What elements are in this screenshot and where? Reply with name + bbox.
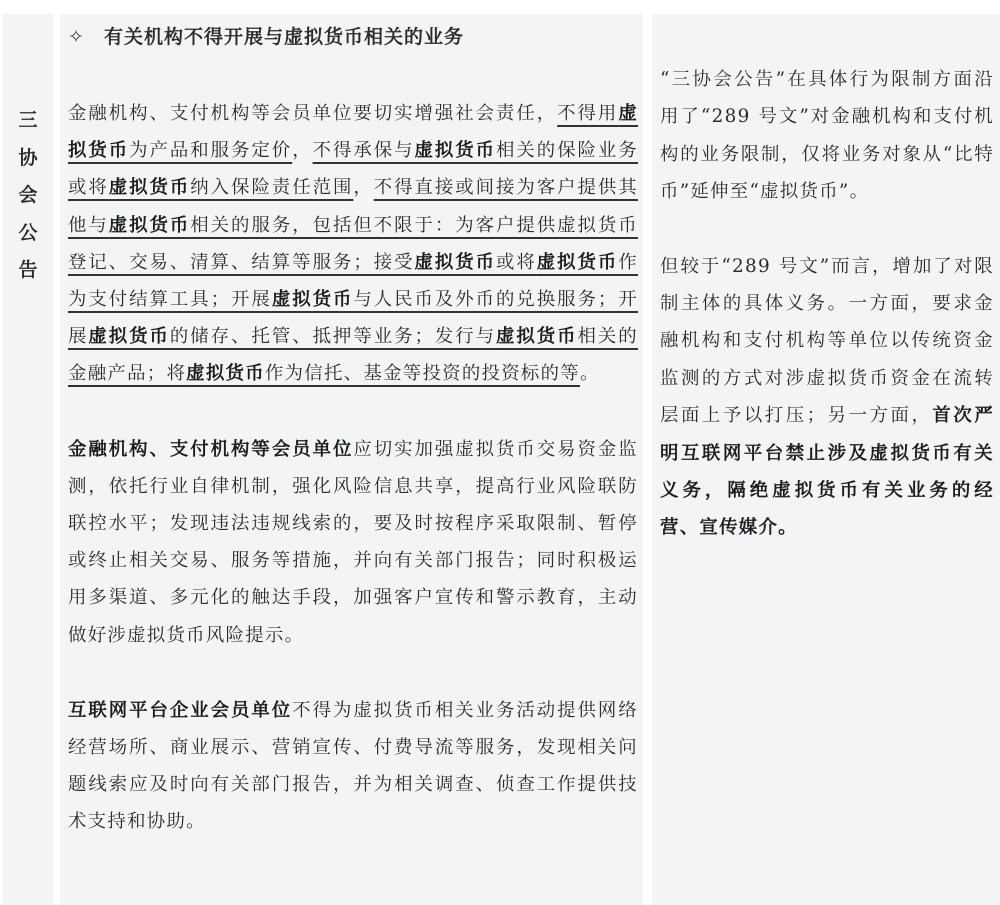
paragraph-body: 应切实加强虚拟货币交易资金监测，依托行业自律机制，强化风险信息共享，提高行业风险… (68, 439, 638, 646)
underlined-segment: 的储存、托管、抵押等业务；发行与 (170, 326, 496, 347)
row-label-char: 协 (3, 140, 53, 178)
row-label-char: 会 (3, 177, 53, 215)
commentary-paragraph-1: “三协会公告”在具体行为限制方面沿用了“289 号文”对金融机构和支付机构的业务… (660, 61, 994, 211)
underlined-segment: 作为信托、基金等投资的投资标的等 (265, 363, 580, 384)
row-label-cell: 三 协 会 公 告 (3, 14, 53, 905)
text-segment: 金融机构、支付机构等会员单位要切实增强社会责任， (68, 103, 557, 124)
underlined-segment: 纳入保险责任范围 (190, 177, 353, 198)
section-heading: ✧有关机构不得开展与虚拟货币相关的业务 (68, 22, 638, 52)
bold-underlined-segment: 虚拟货币 (414, 140, 496, 161)
section-heading-text: 有关机构不得开展与虚拟货币相关的业务 (104, 26, 464, 48)
paragraph-financial-restrictions: 金融机构、支付机构等会员单位要切实增强社会责任，不得用虚拟货币为产品和服务定价，… (68, 95, 638, 393)
row-label-vertical: 三 协 会 公 告 (3, 102, 53, 290)
bold-lead: 互联网平台企业会员单位 (68, 700, 292, 721)
underlined-segment: 不得承保与 (313, 140, 415, 161)
underlined-segment: 为产品和服务定价 (129, 140, 292, 161)
row-label-char: 三 (3, 102, 53, 140)
bold-underlined-segment: 虚拟货币 (414, 252, 496, 273)
commentary-paragraph-2: 但较于“289 号文”而言，增加了对限制主体的具体义务。一方面，要求金融机构和支… (660, 248, 994, 547)
bold-lead: 金融机构、支付机构等会员单位 (68, 439, 353, 460)
bold-underlined-segment: 虚拟货币 (272, 289, 354, 310)
text-segment: ， (292, 140, 312, 161)
underlined-segment: 或将 (496, 252, 537, 273)
commentary-cell: “三协会公告”在具体行为限制方面沿用了“289 号文”对金融机构和支付机构的业务… (652, 14, 1000, 905)
paragraph-fund-monitoring: 金融机构、支付机构等会员单位应切实加强虚拟货币交易资金监测，依托行业自律机制，强… (68, 431, 638, 654)
bold-underlined-segment: 虚拟货币 (537, 252, 619, 273)
commentary-plain: 但较于“289 号文”而言，增加了对限制主体的具体义务。一方面，要求金融机构和支… (660, 256, 994, 427)
paragraph-internet-platforms: 互联网平台企业会员单位不得为虚拟货币相关业务活动提供网络经营场所、商业展示、营销… (68, 692, 638, 841)
text-segment: ， (353, 177, 373, 198)
bold-underlined-segment: 虚拟货币 (109, 177, 191, 198)
bold-underlined-segment: 虚拟货币 (186, 363, 265, 384)
regulation-text-cell: ✧有关机构不得开展与虚拟货币相关的业务 金融机构、支付机构等会员单位要切实增强社… (60, 14, 643, 905)
text-segment: 。 (580, 363, 600, 384)
underlined-segment: 不得用 (557, 103, 618, 124)
diamond-bullet-icon: ✧ (68, 22, 90, 52)
bold-underlined-segment: 虚拟货币 (109, 215, 191, 236)
bold-underlined-segment: 虚拟货币 (88, 326, 170, 347)
row-label-char: 公 (3, 215, 53, 253)
row-label-char: 告 (3, 252, 53, 290)
bold-underlined-segment: 虚拟货币 (496, 326, 578, 347)
